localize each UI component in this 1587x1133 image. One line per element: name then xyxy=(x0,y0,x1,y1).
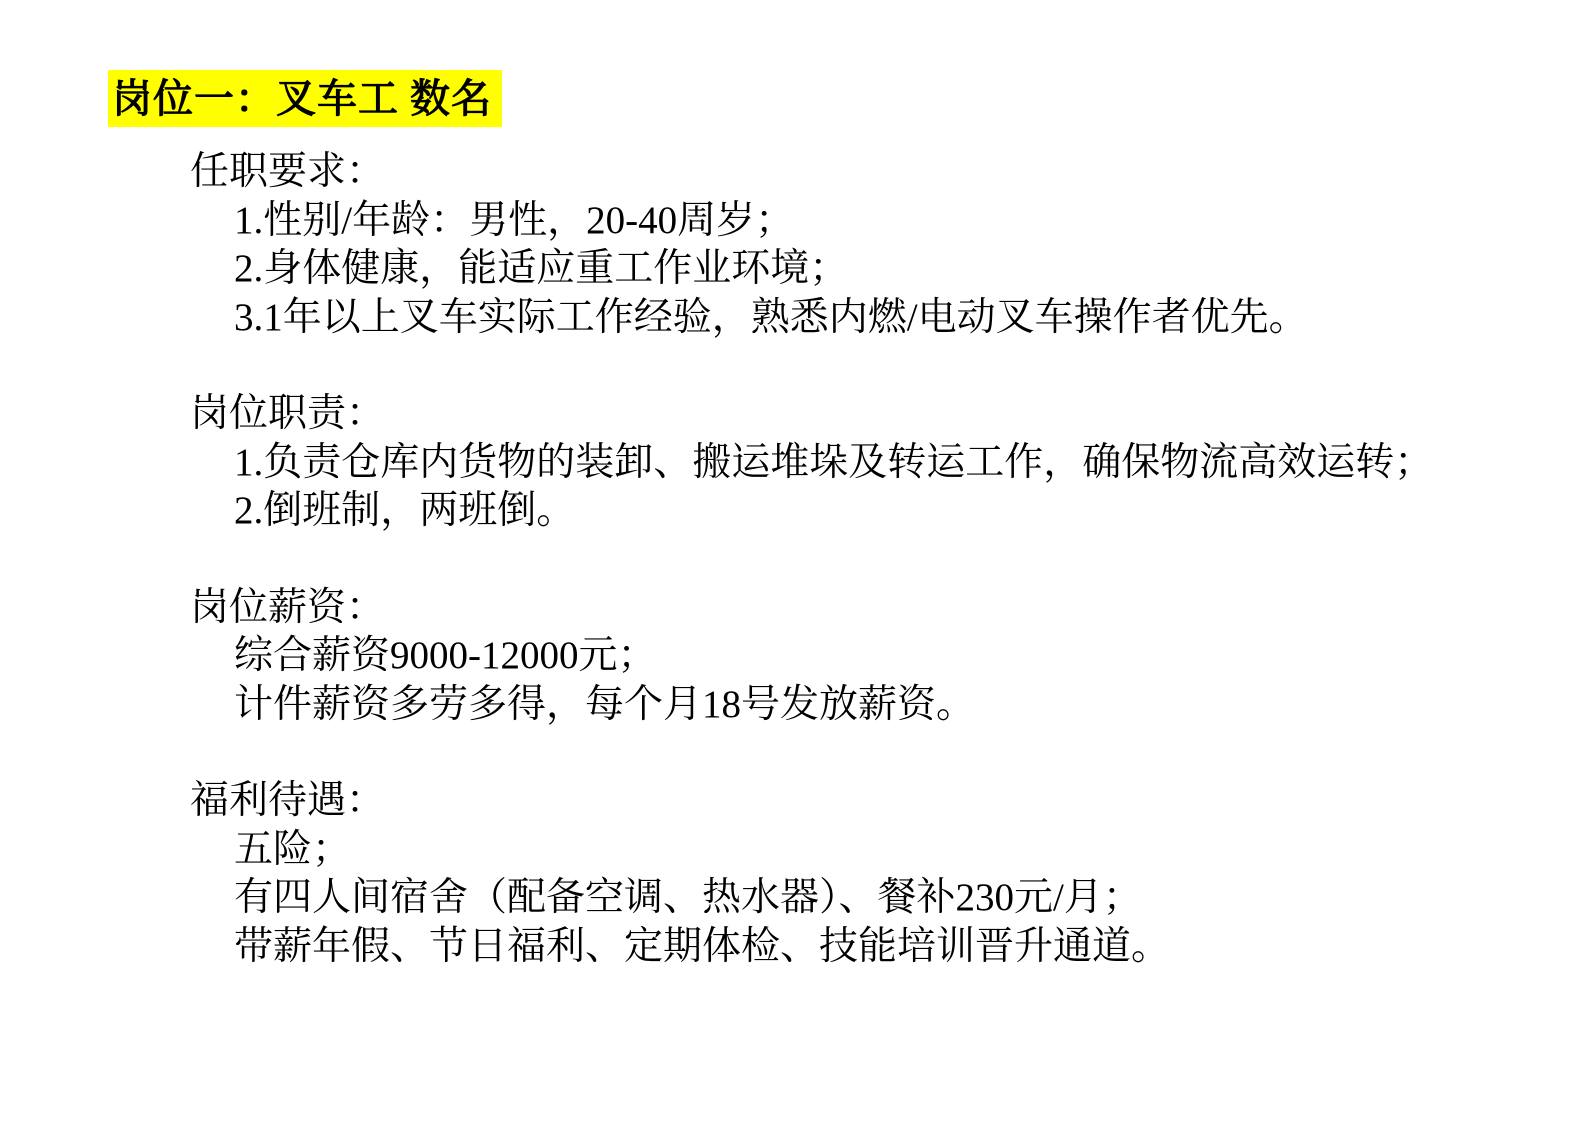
section-heading-benefits: 福利待遇： xyxy=(0,777,1587,826)
document-page: 岗位一：叉车工 数名 任职要求： 1.性别/年龄：男性，20-40周岁； 2.身… xyxy=(0,0,1587,1133)
benefit-line: 有四人间宿舍（配备空调、热水器）、餐补230元/月； xyxy=(0,874,1587,923)
requirement-item: 3.1年以上叉车实际工作经验，熟悉内燃/电动叉车操作者优先。 xyxy=(0,294,1587,343)
document-body: 任职要求： 1.性别/年龄：男性，20-40周岁； 2.身体健康，能适应重工作业… xyxy=(0,148,1587,1019)
benefit-line: 带薪年假、节日福利、定期体检、技能培训晋升通道。 xyxy=(0,923,1587,972)
salary-line: 综合薪资9000-12000元； xyxy=(0,632,1587,681)
job-title: 岗位一：叉车工 数名 xyxy=(108,70,502,127)
duty-item: 1.负责仓库内货物的装卸、搬运堆垛及转运工作，确保物流高效运转； xyxy=(0,439,1587,488)
salary-line: 计件薪资多劳多得，每个月18号发放薪资。 xyxy=(0,681,1587,730)
section-job-requirements: 任职要求： 1.性别/年龄：男性，20-40周岁； 2.身体健康，能适应重工作业… xyxy=(0,148,1587,342)
section-job-salary: 岗位薪资： 综合薪资9000-12000元； 计件薪资多劳多得，每个月18号发放… xyxy=(0,584,1587,730)
duty-item: 2.倒班制，两班倒。 xyxy=(0,487,1587,536)
benefit-line: 五险； xyxy=(0,826,1587,875)
requirement-item: 1.性别/年龄：男性，20-40周岁； xyxy=(0,197,1587,246)
section-job-benefits: 福利待遇： 五险； 有四人间宿舍（配备空调、热水器）、餐补230元/月； 带薪年… xyxy=(0,777,1587,971)
section-heading-requirements: 任职要求： xyxy=(0,148,1587,197)
job-title-highlighted-text: 岗位一：叉车工 数名 xyxy=(108,70,502,127)
section-job-duties: 岗位职责： 1.负责仓库内货物的装卸、搬运堆垛及转运工作，确保物流高效运转； 2… xyxy=(0,390,1587,536)
section-heading-salary: 岗位薪资： xyxy=(0,584,1587,633)
section-heading-duties: 岗位职责： xyxy=(0,390,1587,439)
requirement-item: 2.身体健康，能适应重工作业环境； xyxy=(0,245,1587,294)
